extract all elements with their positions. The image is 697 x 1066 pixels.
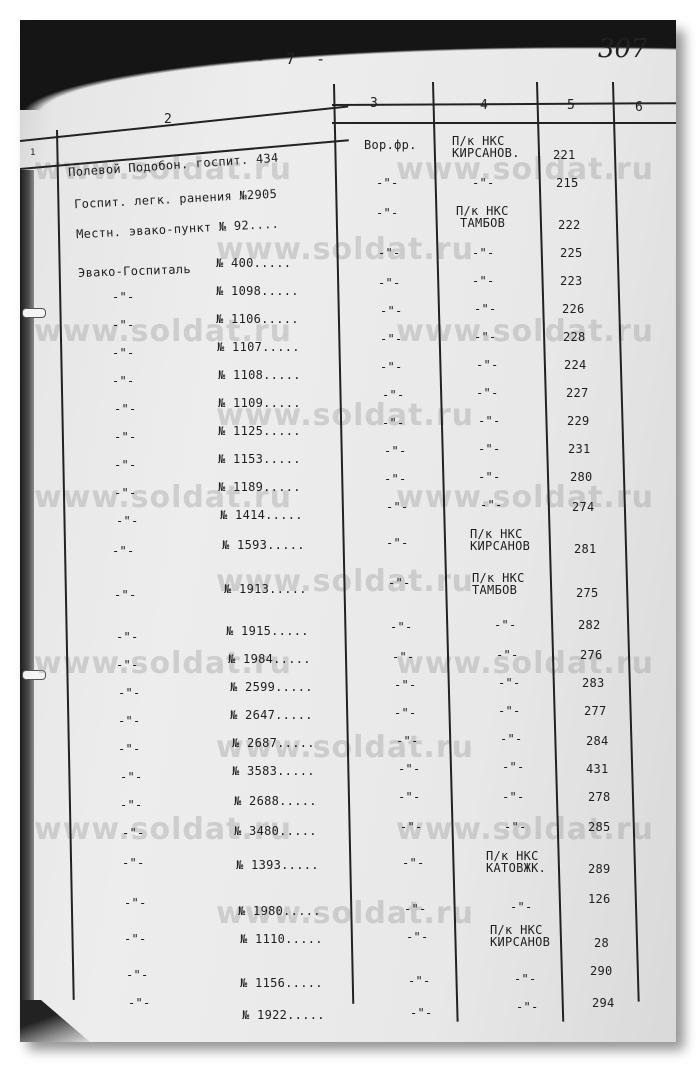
column-divider [612, 82, 640, 1002]
front-ditto: -"- [378, 246, 401, 260]
front-ditto: -"- [404, 902, 427, 916]
front-ditto: -"- [402, 856, 425, 870]
col5-value: 228 [563, 330, 586, 344]
destination-ditto: -"- [476, 358, 499, 372]
unit-number: № 1109..... [218, 396, 301, 410]
col5-value: 226 [562, 302, 585, 316]
front-ditto: -"- [384, 472, 407, 486]
column-header-4: 4 [480, 98, 488, 113]
destination: П/к НКС КАТОВЖК. [486, 850, 560, 874]
name-ditto: -"- [118, 714, 141, 728]
destination-line2: КИРСАНОВ. [452, 146, 520, 160]
front-ditto: -"- [384, 444, 407, 458]
name-ditto: -"- [116, 658, 139, 672]
unit-number: № 2647..... [230, 708, 313, 722]
col5-value: 281 [574, 542, 597, 556]
destination-ditto: -"- [516, 1000, 539, 1014]
front-ditto: -"- [390, 620, 413, 634]
front-ditto: -"- [398, 790, 421, 804]
unit-number: № 1106..... [216, 312, 299, 326]
unit-number: № 2688..... [234, 794, 317, 808]
name-ditto: -"- [118, 742, 141, 756]
column-header-2: 2 [164, 112, 172, 127]
col5-value: 431 [586, 762, 609, 776]
front-ditto: -"- [378, 276, 401, 290]
unit-number: № 1125..... [218, 424, 301, 438]
destination-ditto: -"- [504, 820, 527, 834]
front-ditto: -"- [394, 706, 417, 720]
unit-number: № 1156..... [240, 976, 323, 990]
front-ditto: -"- [388, 576, 411, 590]
col5-value: 282 [578, 618, 601, 632]
column-header-6: 6 [635, 100, 643, 115]
col5-value: 283 [582, 676, 605, 690]
col5-value: 284 [586, 734, 609, 748]
destination-ditto: -"- [498, 704, 521, 718]
name-ditto: -"- [112, 544, 135, 558]
col5-value: 285 [588, 820, 611, 834]
front-ditto: -"- [410, 1006, 433, 1020]
unit-number: № 2687..... [232, 736, 315, 750]
front-ditto: -"- [400, 820, 423, 834]
unit-number: № 1984..... [228, 652, 311, 666]
destination-ditto: -"- [474, 302, 497, 316]
unit-number: № 1593..... [222, 538, 305, 552]
destination-ditto: -"- [502, 790, 525, 804]
name-ditto: -"- [116, 630, 139, 644]
destination-ditto: -"- [478, 414, 501, 428]
front-ditto: -"- [382, 416, 405, 430]
name-ditto: -"- [112, 346, 135, 360]
col5-value: 275 [576, 586, 599, 600]
destination-ditto: -"- [472, 246, 495, 260]
document-page: - 7 - 307 www.soldat.ru www.soldat.ru ww… [20, 20, 676, 1042]
unit-number: № 3583..... [232, 764, 315, 778]
front-ditto: -"- [380, 304, 403, 318]
name-ditto: -"- [116, 514, 139, 528]
unit-name: Госпит. легк. ранения №2905 [74, 187, 278, 212]
col5-value: 277 [584, 704, 607, 718]
front-ditto: -"- [386, 536, 409, 550]
col5-value: 289 [588, 862, 611, 876]
binder-spine-corner [20, 1000, 90, 1042]
col5-value: 227 [566, 386, 589, 400]
binder-shadow-top [20, 20, 676, 110]
destination: П/к НКС КИРСАНОВ [490, 924, 566, 948]
name-ditto: -"- [114, 588, 137, 602]
col5-value: 294 [592, 996, 615, 1010]
col5-value: 223 [560, 274, 583, 288]
destination-ditto: -"- [472, 274, 495, 288]
unit-number: № 2599..... [230, 680, 313, 694]
unit-number: № 3480..... [234, 824, 317, 838]
unit-number: № 400..... [216, 256, 291, 270]
name-ditto: -"- [124, 896, 147, 910]
destination-ditto: -"- [480, 498, 503, 512]
front-ditto: -"- [398, 762, 421, 776]
unit-number: № 1393..... [236, 858, 319, 872]
col5-value: 274 [572, 500, 595, 514]
destination-ditto: -"- [496, 648, 519, 662]
col5-value: 229 [567, 414, 590, 428]
front-ditto: -"- [408, 974, 431, 988]
front-ditto: -"- [386, 500, 409, 514]
col5-value: 28 [594, 936, 609, 950]
col5-value: 290 [590, 964, 613, 978]
unit-number: № 1414..... [220, 508, 303, 522]
col5-value: 222 [558, 218, 581, 232]
destination-ditto: -"- [502, 760, 525, 774]
column-divider [333, 84, 354, 1004]
column-header-3: 3 [370, 96, 378, 111]
unit-number: № 1189..... [218, 480, 301, 494]
destination-line2: ТАМБОВ [460, 216, 505, 230]
col5-value: 231 [568, 442, 591, 456]
destination-ditto: -"- [472, 176, 495, 190]
destination-ditto: -"- [500, 732, 523, 746]
page-marker: - 7 - [256, 50, 331, 68]
destination: П/к НКС ТАМБОВ [472, 572, 542, 596]
name-ditto: -"- [120, 798, 143, 812]
col5-value: 221 [553, 148, 576, 162]
unit-number: № 1980..... [238, 904, 321, 918]
unit-number: № 1922..... [242, 1008, 325, 1022]
col5-value: 278 [588, 790, 611, 804]
unit-number: № 1107..... [217, 340, 300, 354]
watermark: www.soldat.ru [396, 480, 654, 515]
binder-spine [20, 170, 34, 1042]
destination-ditto: -"- [474, 330, 497, 344]
archive-page-number: 307 [598, 34, 648, 64]
front-ditto: -"- [376, 176, 399, 190]
column-header-5: 5 [567, 98, 575, 113]
table-rule [20, 106, 348, 142]
name-ditto: -"- [114, 402, 137, 416]
unit-number: № 1098..... [216, 284, 299, 298]
name-ditto: -"- [118, 686, 141, 700]
name-ditto: -"- [128, 996, 151, 1010]
destination-ditto: -"- [494, 618, 517, 632]
column-header-1: 1 [30, 148, 35, 158]
name-ditto: -"- [126, 968, 149, 982]
destination-ditto: -"- [478, 442, 501, 456]
col5-value: 276 [580, 648, 603, 662]
unit-number: № 1110..... [240, 932, 323, 946]
col5-value: 215 [556, 176, 579, 190]
front-ditto: -"- [382, 388, 405, 402]
watermark: www.soldat.ru [396, 314, 654, 349]
column-divider [432, 82, 459, 1022]
unit-name: Эвако-Госпиталь [78, 262, 191, 280]
name-ditto: -"- [112, 290, 135, 304]
name-ditto: -"- [114, 430, 137, 444]
front-ditto: -"- [394, 678, 417, 692]
unit-number: № 1915..... [226, 624, 309, 638]
front-ditto: -"- [396, 734, 419, 748]
destination-ditto: -"- [478, 470, 501, 484]
front-ditto: -"- [380, 360, 403, 374]
col5-value: 225 [560, 246, 583, 260]
front-name: Вор.фр. [364, 138, 417, 152]
front-ditto: -"- [392, 650, 415, 664]
destination-ditto: -"- [514, 972, 537, 986]
table-rule [332, 122, 676, 124]
watermark: www.soldat.ru [396, 646, 654, 681]
destination: П/к НКС КИРСАНОВ [470, 528, 540, 552]
col5-value: 224 [564, 358, 587, 372]
front-ditto: -"- [376, 206, 399, 220]
unit-number: № 1153..... [218, 452, 301, 466]
name-ditto: -"- [122, 856, 145, 870]
front-ditto: -"- [380, 332, 403, 346]
destination-ditto: -"- [498, 676, 521, 690]
unit-number: № 1913..... [224, 582, 307, 596]
name-ditto: -"- [114, 486, 137, 500]
unit-number: № 1108..... [218, 368, 301, 382]
col5-value: 126 [588, 892, 611, 906]
name-ditto: -"- [124, 932, 147, 946]
name-ditto: -"- [112, 374, 135, 388]
col5-value: 280 [570, 470, 593, 484]
name-ditto: -"- [120, 770, 143, 784]
name-ditto: -"- [122, 826, 145, 840]
name-ditto: -"- [114, 458, 137, 472]
name-ditto: -"- [112, 318, 135, 332]
destination-ditto: -"- [510, 900, 533, 914]
destination-ditto: -"- [476, 386, 499, 400]
front-ditto: -"- [406, 930, 429, 944]
column-divider [56, 130, 75, 1000]
